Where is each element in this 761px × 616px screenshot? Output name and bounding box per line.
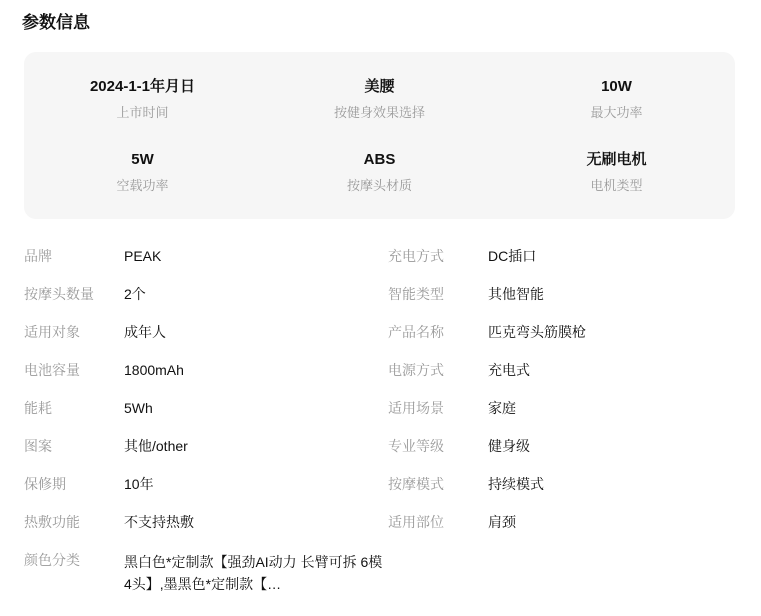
spec-value: 肩颈 bbox=[488, 513, 516, 531]
spec-label: 按摩模式 bbox=[388, 475, 488, 493]
spec-value: 10年 bbox=[124, 475, 154, 493]
spec-row-energy-consumption: 能耗 5Wh bbox=[24, 399, 388, 417]
spec-row-applicable-body-part: 适用部位 肩颈 bbox=[388, 513, 735, 531]
spec-label: 电池容量 bbox=[24, 361, 124, 379]
spec-label: 热敷功能 bbox=[24, 513, 124, 531]
spec-value: PEAK bbox=[124, 247, 161, 265]
spec-value: 成年人 bbox=[124, 323, 166, 341]
highlight-value: ABS bbox=[261, 149, 498, 171]
spec-value: 1800mAh bbox=[124, 361, 184, 379]
highlight-item-max-power: 10W 最大功率 bbox=[498, 76, 735, 123]
spec-label: 产品名称 bbox=[388, 323, 488, 341]
spec-value: 其他/other bbox=[124, 437, 188, 455]
spec-row-warranty: 保修期 10年 bbox=[24, 475, 388, 493]
spec-row-usage-scene: 适用场景 家庭 bbox=[388, 399, 735, 417]
spec-row-power-source: 电源方式 充电式 bbox=[388, 361, 735, 379]
spec-label: 颜色分类 bbox=[24, 551, 124, 569]
spec-row-color-variant: 颜色分类 黑白色*定制款【强劲AI动力 长臂可拆 6模4头】,墨黑色*定制款【… bbox=[24, 551, 388, 595]
highlight-label: 按摩头材质 bbox=[261, 176, 498, 196]
spec-label: 适用场景 bbox=[388, 399, 488, 417]
highlight-item-head-material: ABS 按摩头材质 bbox=[261, 149, 498, 196]
spec-label: 专业等级 bbox=[388, 437, 488, 455]
spec-label: 适用对象 bbox=[24, 323, 124, 341]
spec-label: 保修期 bbox=[24, 475, 124, 493]
highlight-label: 最大功率 bbox=[498, 103, 735, 123]
highlight-item-launch-date: 2024-1-1年月日 上市时间 bbox=[24, 76, 261, 123]
spec-column-right: 充电方式 DC插口 智能类型 其他智能 产品名称 匹克弯头筋膜枪 电源方式 充电… bbox=[388, 247, 735, 551]
spec-row-battery-capacity: 电池容量 1800mAh bbox=[24, 361, 388, 379]
spec-value: 健身级 bbox=[488, 437, 530, 455]
spec-label: 充电方式 bbox=[388, 247, 488, 265]
highlight-value: 无刷电机 bbox=[498, 149, 735, 171]
highlight-value: 10W bbox=[498, 76, 735, 98]
spec-row-product-name: 产品名称 匹克弯头筋膜枪 bbox=[388, 323, 735, 341]
spec-row-professional-grade: 专业等级 健身级 bbox=[388, 437, 735, 455]
spec-value: 其他智能 bbox=[488, 285, 544, 303]
spec-row-heat-function: 热敷功能 不支持热敷 bbox=[24, 513, 388, 531]
spec-label: 按摩头数量 bbox=[24, 285, 124, 303]
spec-list: 品牌 PEAK 按摩头数量 2个 适用对象 成年人 电池容量 1800mAh 能… bbox=[24, 247, 735, 615]
spec-value: 5Wh bbox=[124, 399, 153, 417]
spec-value: 2个 bbox=[124, 285, 146, 303]
spec-label: 图案 bbox=[24, 437, 124, 455]
spec-row-brand: 品牌 PEAK bbox=[24, 247, 388, 265]
highlight-label: 空载功率 bbox=[24, 176, 261, 196]
spec-value: 匹克弯头筋膜枪 bbox=[488, 323, 586, 341]
spec-row-head-count: 按摩头数量 2个 bbox=[24, 285, 388, 303]
highlight-item-motor-type: 无刷电机 电机类型 bbox=[498, 149, 735, 196]
spec-row-target-user: 适用对象 成年人 bbox=[24, 323, 388, 341]
highlight-item-fitness-effect: 美腰 按健身效果选择 bbox=[261, 76, 498, 123]
spec-column-left: 品牌 PEAK 按摩头数量 2个 适用对象 成年人 电池容量 1800mAh 能… bbox=[24, 247, 388, 615]
spec-label: 能耗 bbox=[24, 399, 124, 417]
spec-row-pattern: 图案 其他/other bbox=[24, 437, 388, 455]
spec-value: DC插口 bbox=[488, 247, 536, 265]
spec-row-smart-type: 智能类型 其他智能 bbox=[388, 285, 735, 303]
highlight-label: 按健身效果选择 bbox=[261, 103, 498, 123]
spec-label: 适用部位 bbox=[388, 513, 488, 531]
spec-value: 充电式 bbox=[488, 361, 530, 379]
highlight-label: 电机类型 bbox=[498, 176, 735, 196]
spec-label: 电源方式 bbox=[388, 361, 488, 379]
highlight-spec-card: 2024-1-1年月日 上市时间 美腰 按健身效果选择 10W 最大功率 5W … bbox=[24, 52, 735, 219]
spec-value: 不支持热敷 bbox=[124, 513, 194, 531]
spec-label: 智能类型 bbox=[388, 285, 488, 303]
spec-value: 黑白色*定制款【强劲AI动力 长臂可拆 6模4头】,墨黑色*定制款【… bbox=[124, 551, 388, 595]
highlight-value: 2024-1-1年月日 bbox=[24, 76, 261, 98]
page-title: 参数信息 bbox=[22, 13, 761, 33]
highlight-item-no-load-power: 5W 空载功率 bbox=[24, 149, 261, 196]
spec-value: 家庭 bbox=[488, 399, 516, 417]
highlight-value: 5W bbox=[24, 149, 261, 171]
spec-row-massage-mode: 按摩模式 持续模式 bbox=[388, 475, 735, 493]
spec-row-charging-method: 充电方式 DC插口 bbox=[388, 247, 735, 265]
highlight-label: 上市时间 bbox=[24, 103, 261, 123]
spec-value: 持续模式 bbox=[488, 475, 544, 493]
spec-label: 品牌 bbox=[24, 247, 124, 265]
highlight-value: 美腰 bbox=[261, 76, 498, 98]
